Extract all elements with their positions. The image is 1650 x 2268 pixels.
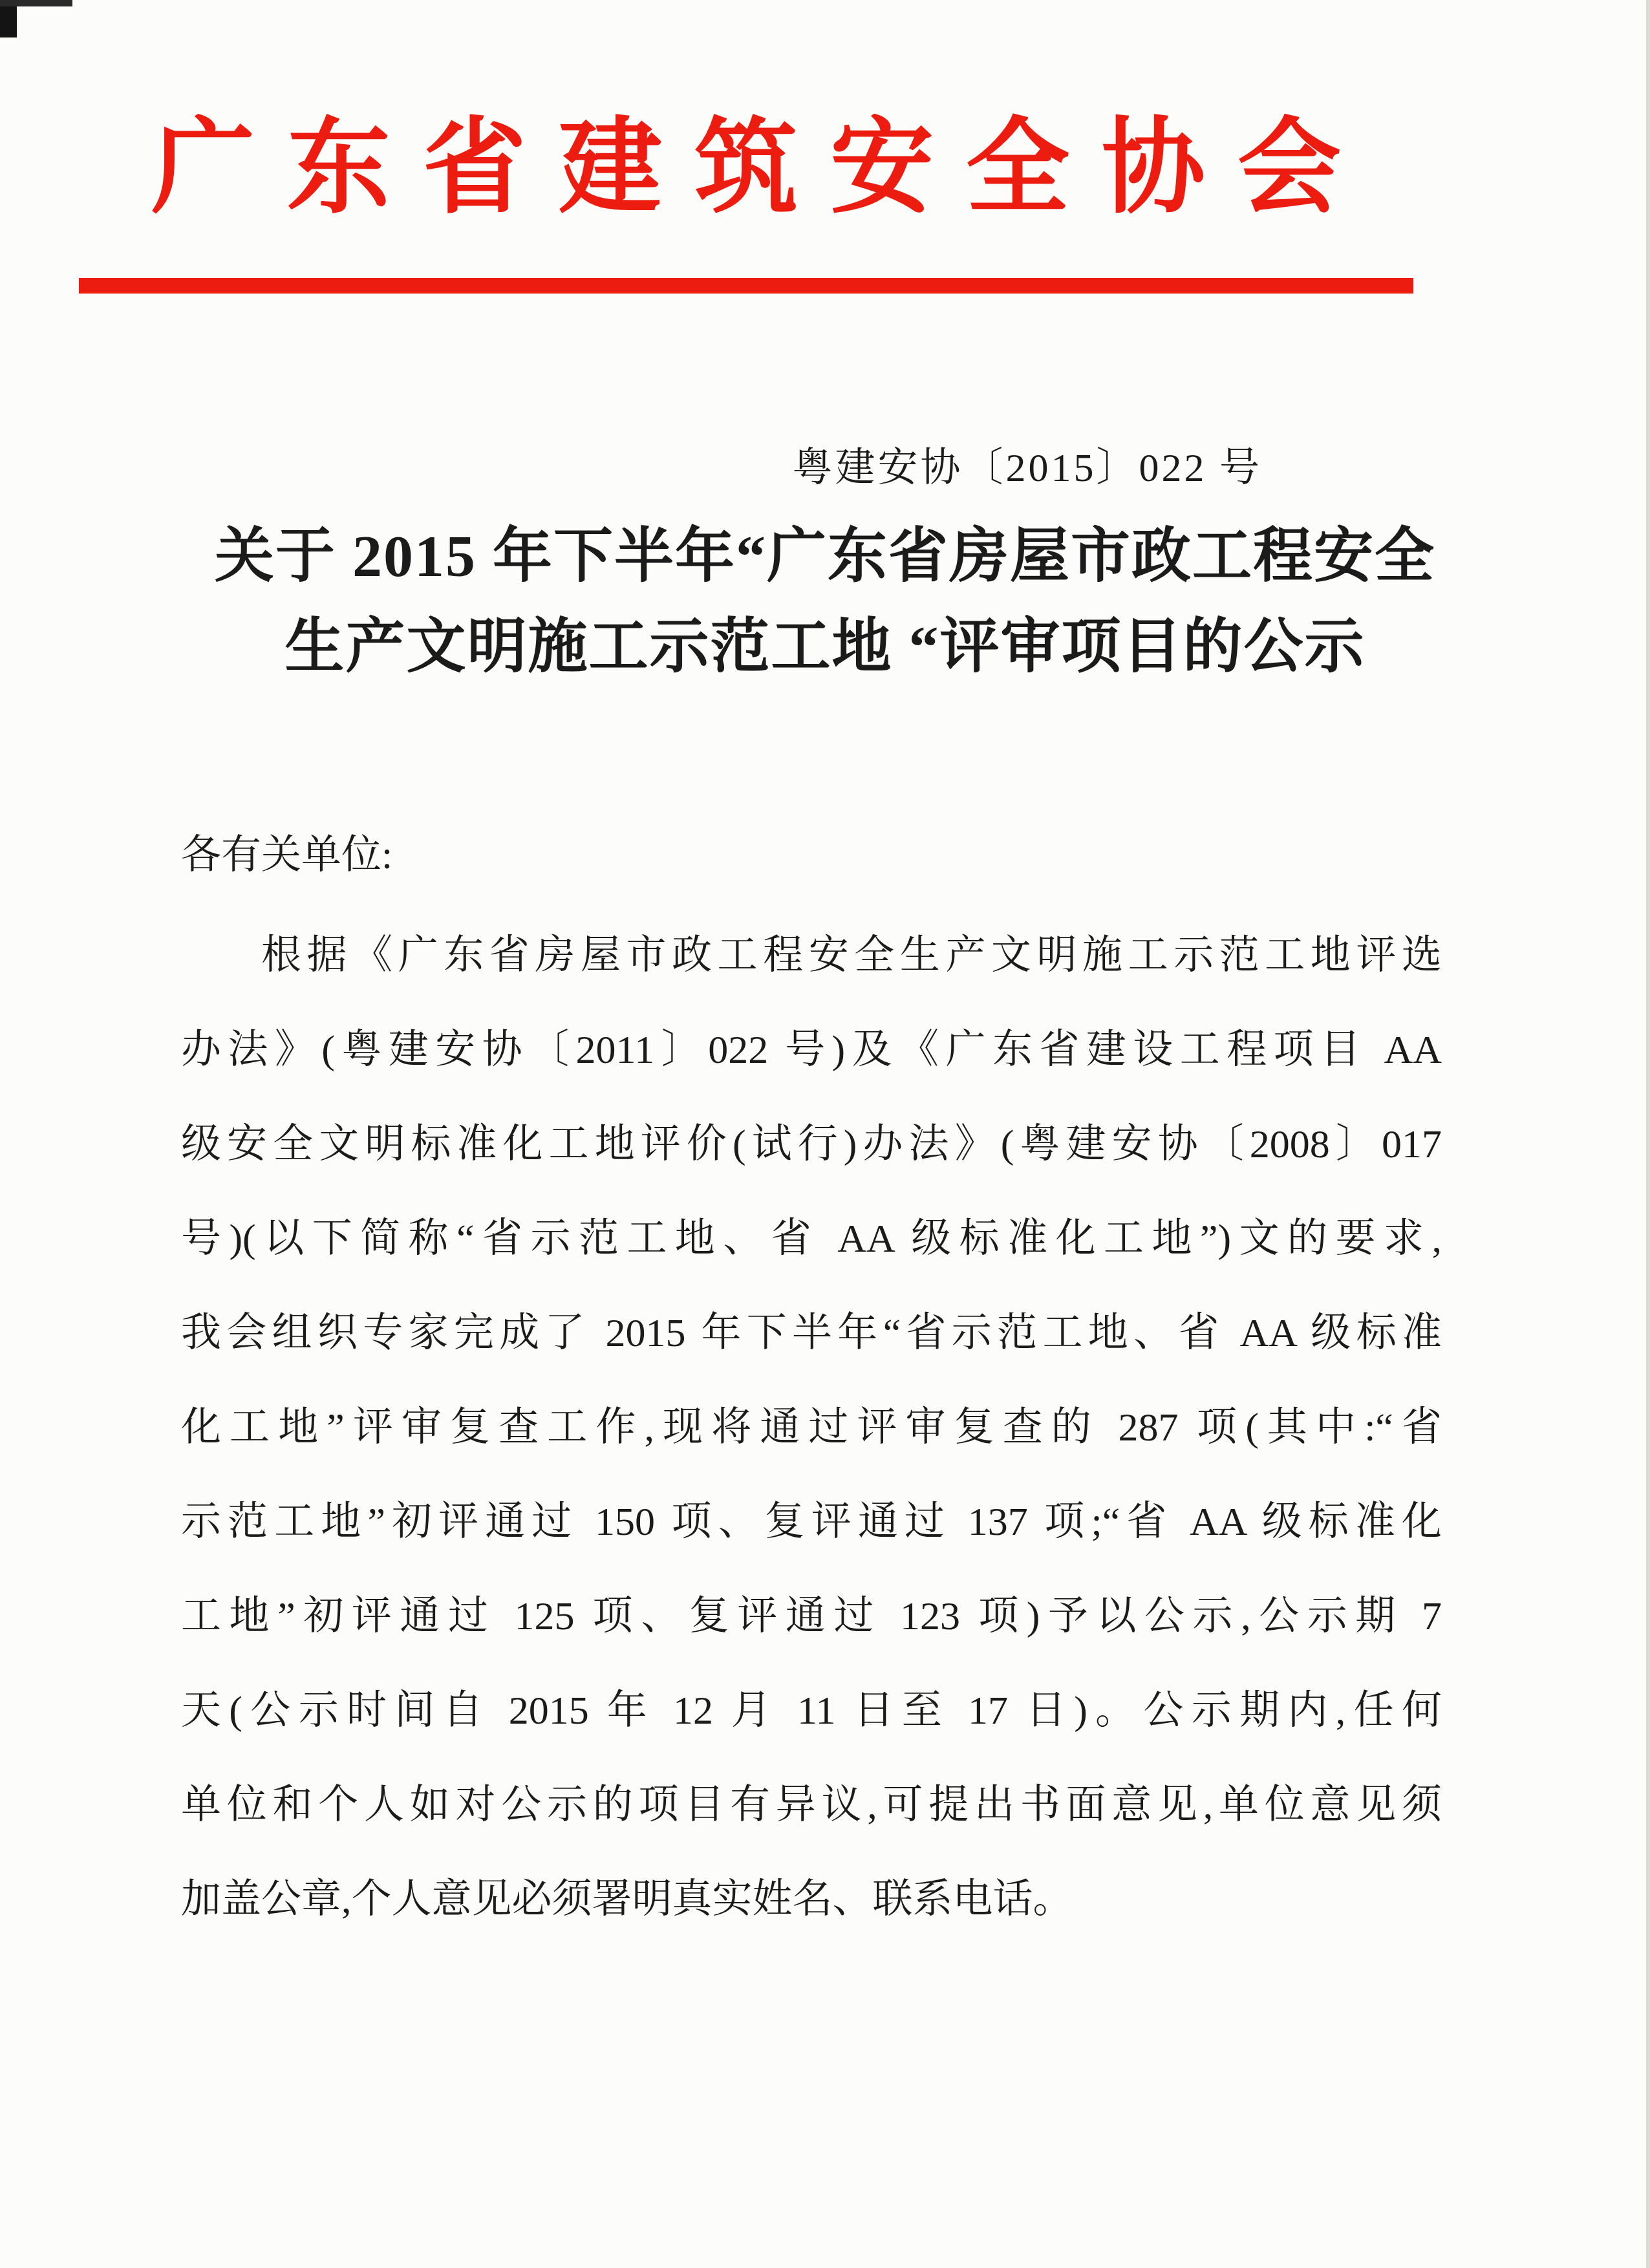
body-line: 加盖公章,个人意见必须署明真实姓名、联系电话。 bbox=[181, 1852, 1442, 1947]
body-line: 化工地”评审复查工作,现将通过评审复查的 287 项(其中:“省 bbox=[181, 1380, 1442, 1475]
body-line: 单位和个人如对公示的项目有异议,可提出书面意见,单位意见须 bbox=[181, 1758, 1442, 1852]
body-line: 级安全文明标准化工地评价(试行)办法》(粤建安协〔2008〕017 bbox=[181, 1097, 1442, 1192]
body-line: 根据《广东省房屋市政工程安全生产文明施工示范工地评选 bbox=[181, 908, 1442, 1003]
doc-number: 粤建安协〔2015〕022 号 bbox=[792, 442, 1262, 494]
red-divider-rule bbox=[79, 278, 1413, 294]
scan-artifact-right-edge bbox=[1646, 0, 1650, 2268]
document-page: 广东省建筑安全协会 粤建安协〔2015〕022 号 关于 2015 年下半年“广… bbox=[0, 0, 1650, 2268]
body-line: 工地”初评通过 125 项、复评通过 123 项)予以公示,公示期 7 bbox=[181, 1569, 1442, 1664]
doc-title-line-1: 关于 2015 年下半年“广东省房屋市政工程安全 bbox=[0, 511, 1650, 601]
doc-title-line-2: 生产文明施工示范工地 “评审项目的公示 bbox=[0, 601, 1650, 692]
doc-body: 各有关单位: 根据《广东省房屋市政工程安全生产文明施工示范工地评选 办法》(粤建… bbox=[181, 808, 1442, 1947]
body-line: 办法》(粤建安协〔2011〕022 号)及《广东省建设工程项目 AA bbox=[181, 1003, 1442, 1097]
salutation: 各有关单位: bbox=[181, 808, 1442, 903]
body-line: 天(公示时间自 2015 年 12 月 11 日至 17 日)。公示期内,任何 bbox=[181, 1664, 1442, 1758]
scan-artifact-top-edge bbox=[0, 0, 72, 6]
body-line: 示范工地”初评通过 150 项、复评通过 137 项;“省 AA 级标准化 bbox=[181, 1475, 1442, 1569]
body-line: 我会组织专家完成了 2015 年下半年“省示范工地、省 AA 级标准 bbox=[181, 1286, 1442, 1380]
main-paragraph: 根据《广东省房屋市政工程安全生产文明施工示范工地评选 办法》(粤建安协〔2011… bbox=[181, 908, 1442, 1947]
doc-title: 关于 2015 年下半年“广东省房屋市政工程安全 生产文明施工示范工地 “评审项… bbox=[0, 511, 1650, 692]
body-line: 号)(以下简称“省示范工地、省 AA 级标准化工地”)文的要求, bbox=[181, 1192, 1442, 1286]
letterhead-org-name: 广东省建筑安全协会 bbox=[79, 116, 1413, 220]
